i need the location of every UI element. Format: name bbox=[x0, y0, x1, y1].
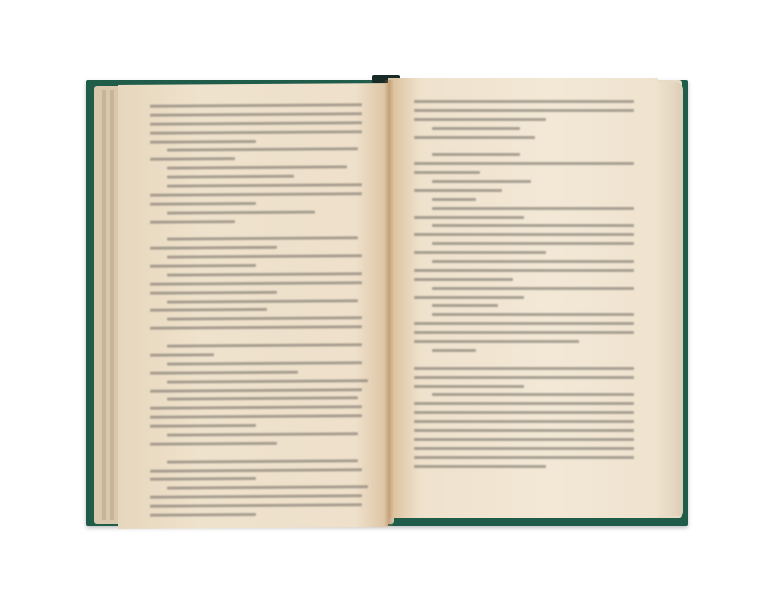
text-line bbox=[150, 406, 362, 410]
text-line bbox=[150, 388, 362, 392]
text-line bbox=[150, 326, 362, 330]
text-line bbox=[414, 420, 634, 423]
text-line bbox=[414, 376, 634, 379]
text-line bbox=[432, 393, 634, 396]
text-line bbox=[432, 198, 476, 201]
text-line bbox=[414, 118, 546, 121]
text-line bbox=[414, 278, 513, 281]
text-line bbox=[167, 148, 358, 152]
text-line bbox=[414, 189, 502, 192]
text-line bbox=[150, 503, 362, 507]
book-gutter bbox=[384, 80, 394, 526]
right-page bbox=[388, 78, 658, 518]
text-line bbox=[414, 144, 634, 147]
text-line bbox=[167, 175, 294, 179]
text-line bbox=[150, 140, 256, 144]
text-line bbox=[150, 370, 298, 374]
text-line bbox=[150, 112, 362, 116]
text-line bbox=[150, 281, 362, 285]
text-line bbox=[414, 402, 634, 405]
text-line bbox=[432, 242, 634, 245]
text-line bbox=[167, 237, 358, 241]
text-line bbox=[167, 432, 358, 436]
text-line bbox=[167, 459, 358, 463]
text-line bbox=[432, 180, 531, 183]
text-line bbox=[414, 216, 524, 219]
text-line bbox=[150, 264, 256, 268]
text-line bbox=[150, 353, 214, 356]
left-page bbox=[118, 83, 388, 529]
text-line bbox=[150, 477, 256, 481]
text-line bbox=[150, 414, 362, 418]
text-line bbox=[414, 296, 524, 299]
right-page-text bbox=[414, 100, 634, 473]
text-line bbox=[150, 291, 277, 295]
text-line bbox=[150, 130, 362, 134]
text-line bbox=[150, 334, 362, 338]
text-line bbox=[414, 465, 546, 468]
text-line bbox=[150, 450, 362, 454]
text-line bbox=[414, 340, 579, 343]
text-line bbox=[167, 485, 368, 489]
text-line bbox=[414, 358, 634, 361]
text-line bbox=[414, 269, 634, 272]
text-line bbox=[414, 233, 634, 236]
text-line bbox=[432, 349, 476, 352]
text-line bbox=[432, 304, 498, 307]
text-line bbox=[150, 308, 267, 312]
text-line bbox=[414, 171, 480, 174]
text-line bbox=[167, 317, 362, 321]
text-line bbox=[167, 361, 362, 365]
text-line bbox=[167, 166, 347, 170]
text-line bbox=[414, 411, 634, 414]
text-line bbox=[167, 272, 362, 276]
text-line bbox=[432, 127, 520, 130]
left-page-text bbox=[150, 103, 362, 522]
text-line bbox=[414, 367, 634, 370]
text-line bbox=[432, 260, 634, 263]
text-line bbox=[150, 228, 362, 232]
text-line bbox=[414, 109, 634, 112]
text-line bbox=[150, 192, 362, 196]
text-line bbox=[150, 513, 256, 517]
text-line bbox=[414, 456, 634, 459]
text-line bbox=[432, 287, 634, 290]
text-line bbox=[150, 103, 362, 107]
text-line bbox=[167, 254, 362, 258]
text-line bbox=[150, 442, 277, 446]
text-line bbox=[414, 322, 634, 325]
text-line bbox=[414, 251, 546, 254]
text-line bbox=[414, 136, 535, 139]
text-line bbox=[167, 397, 358, 401]
text-line bbox=[432, 153, 520, 156]
text-line bbox=[150, 121, 362, 125]
text-line bbox=[150, 157, 235, 161]
text-line bbox=[414, 100, 634, 103]
text-line bbox=[414, 162, 634, 165]
text-line bbox=[414, 438, 634, 441]
text-line bbox=[150, 494, 362, 498]
text-line bbox=[150, 246, 277, 250]
text-line bbox=[167, 299, 358, 303]
text-line bbox=[432, 207, 634, 210]
text-line bbox=[167, 343, 362, 347]
text-line bbox=[167, 183, 362, 187]
text-line bbox=[414, 385, 524, 388]
text-line bbox=[150, 220, 235, 224]
text-line bbox=[414, 447, 634, 450]
text-line bbox=[414, 331, 634, 334]
text-line bbox=[414, 429, 634, 432]
text-line bbox=[432, 313, 634, 316]
text-line bbox=[150, 202, 256, 206]
text-line bbox=[167, 210, 315, 214]
text-line bbox=[150, 468, 362, 472]
text-line bbox=[167, 379, 368, 383]
right-page-edges bbox=[655, 82, 683, 516]
text-line bbox=[150, 424, 256, 428]
text-line bbox=[432, 224, 634, 227]
